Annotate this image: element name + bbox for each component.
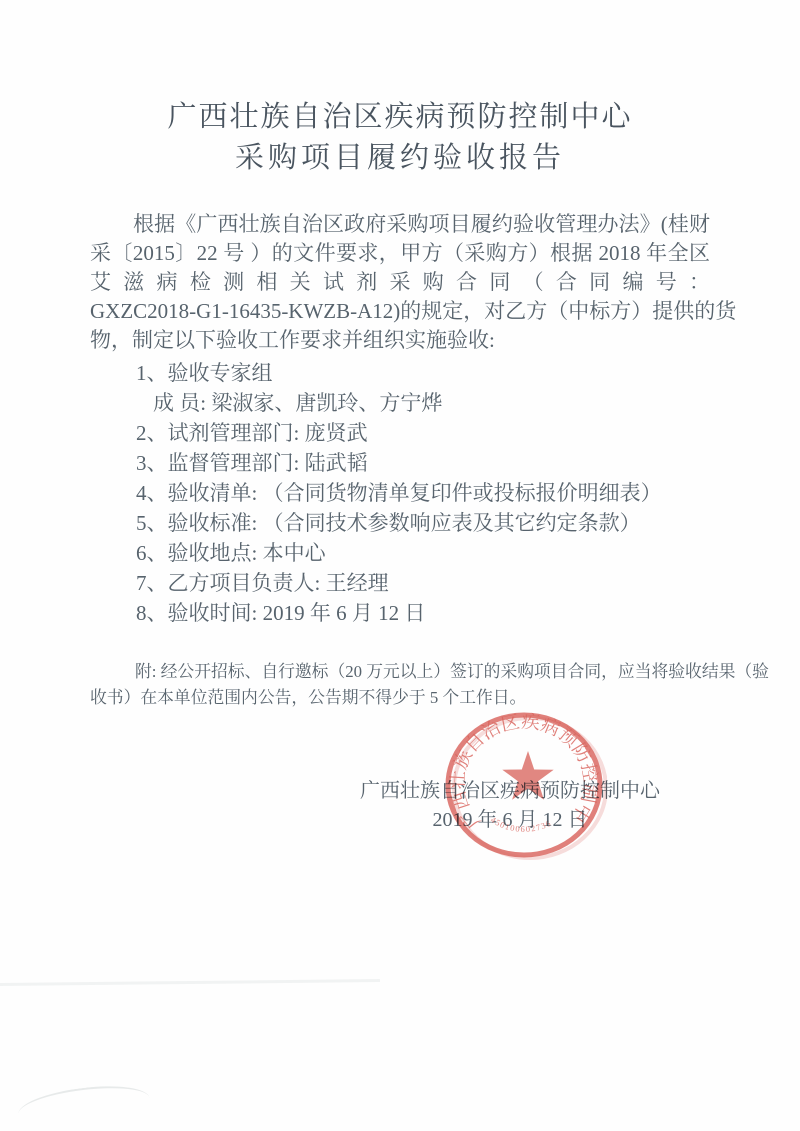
list-item: 4、验收清单: （合同货物清单复印件或投标报价明细表） <box>136 478 746 508</box>
seal-star-icon <box>502 751 553 800</box>
svg-text:450100602736: 450100602736 <box>489 814 553 834</box>
list-item: 6、验收地点: 本中心 <box>136 538 746 568</box>
paragraph-line: 采〔2015〕22 号 ）的文件要求，甲方（采购方）根据 2018 年全区 <box>90 239 710 268</box>
list-item: 7、乙方项目负责人: 王经理 <box>136 568 746 598</box>
paragraph-line: 根据《广西壮族自治区政府采购项目履约验收管理办法》(桂财 <box>90 210 710 239</box>
list-item: 3、监督管理部门: 陆武韬 <box>136 448 746 478</box>
document-title: 广西壮族自治区疾病预防控制中心 采购项目履约验收报告 <box>0 97 800 179</box>
acceptance-requirements-list: 1、验收专家组 成 员: 梁淑家、唐凯玲、方宁烨 2、试剂管理部门: 庞贤武 3… <box>136 358 746 628</box>
list-item: 1、验收专家组 <box>136 358 746 388</box>
scan-artifact-streak <box>0 979 380 986</box>
attachment-note: 附: 经公开招标、自行邀标（20 万元以上）签订的采购项目合同，应当将验收结果（… <box>90 659 730 711</box>
scan-artifact-curve <box>16 1080 151 1131</box>
paragraph-line: 艾滋病检测相关试剂采购合同（合同编号： <box>90 268 710 297</box>
intro-paragraph: 根据《广西壮族自治区政府采购项目履约验收管理办法》(桂财 采〔2015〕22 号… <box>90 210 710 355</box>
scanned-document-page: 广西壮族自治区疾病预防控制中心 采购项目履约验收报告 根据《广西壮族自治区政府采… <box>0 0 800 1131</box>
seal-code-number: 450100602736 <box>489 814 553 834</box>
title-line-1: 广西壮族自治区疾病预防控制中心 <box>0 97 800 138</box>
title-line-2: 采购项目履约验收报告 <box>0 138 800 179</box>
list-item: 2、试剂管理部门: 庞贤武 <box>136 418 746 448</box>
list-item: 8、验收时间: 2019 年 6 月 12 日 <box>136 598 746 628</box>
paragraph-line: GXZC2018-G1-16435-KWZB-A12)的规定，对乙方（中标方）提… <box>90 297 710 326</box>
official-seal-stamp-icon: 广西壮族自治区疾病预防控制中心 450100602736 <box>441 707 607 863</box>
paragraph-line: 物，制定以下验收工作要求并组织实施验收: <box>90 326 710 355</box>
list-item: 5、验收标准: （合同技术参数响应表及其它约定条款） <box>136 508 746 538</box>
note-line: 收书）在本单位范围内公告，公告期不得少于 5 个工作日。 <box>90 685 730 711</box>
list-item-members: 成 员: 梁淑家、唐凯玲、方宁烨 <box>153 388 746 418</box>
note-line: 附: 经公开招标、自行邀标（20 万元以上）签订的采购项目合同，应当将验收结果（… <box>90 659 730 685</box>
